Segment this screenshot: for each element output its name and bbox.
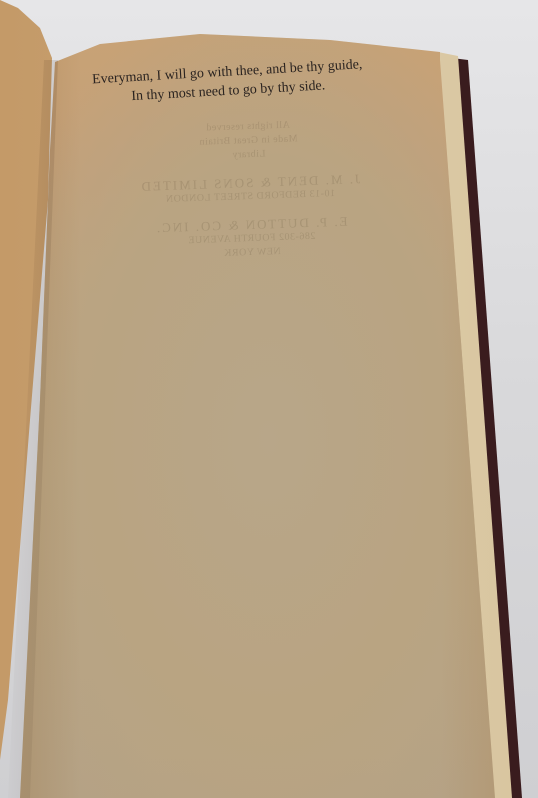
show-through-text: All rights reserved Made in Great Britai… [98, 115, 403, 265]
